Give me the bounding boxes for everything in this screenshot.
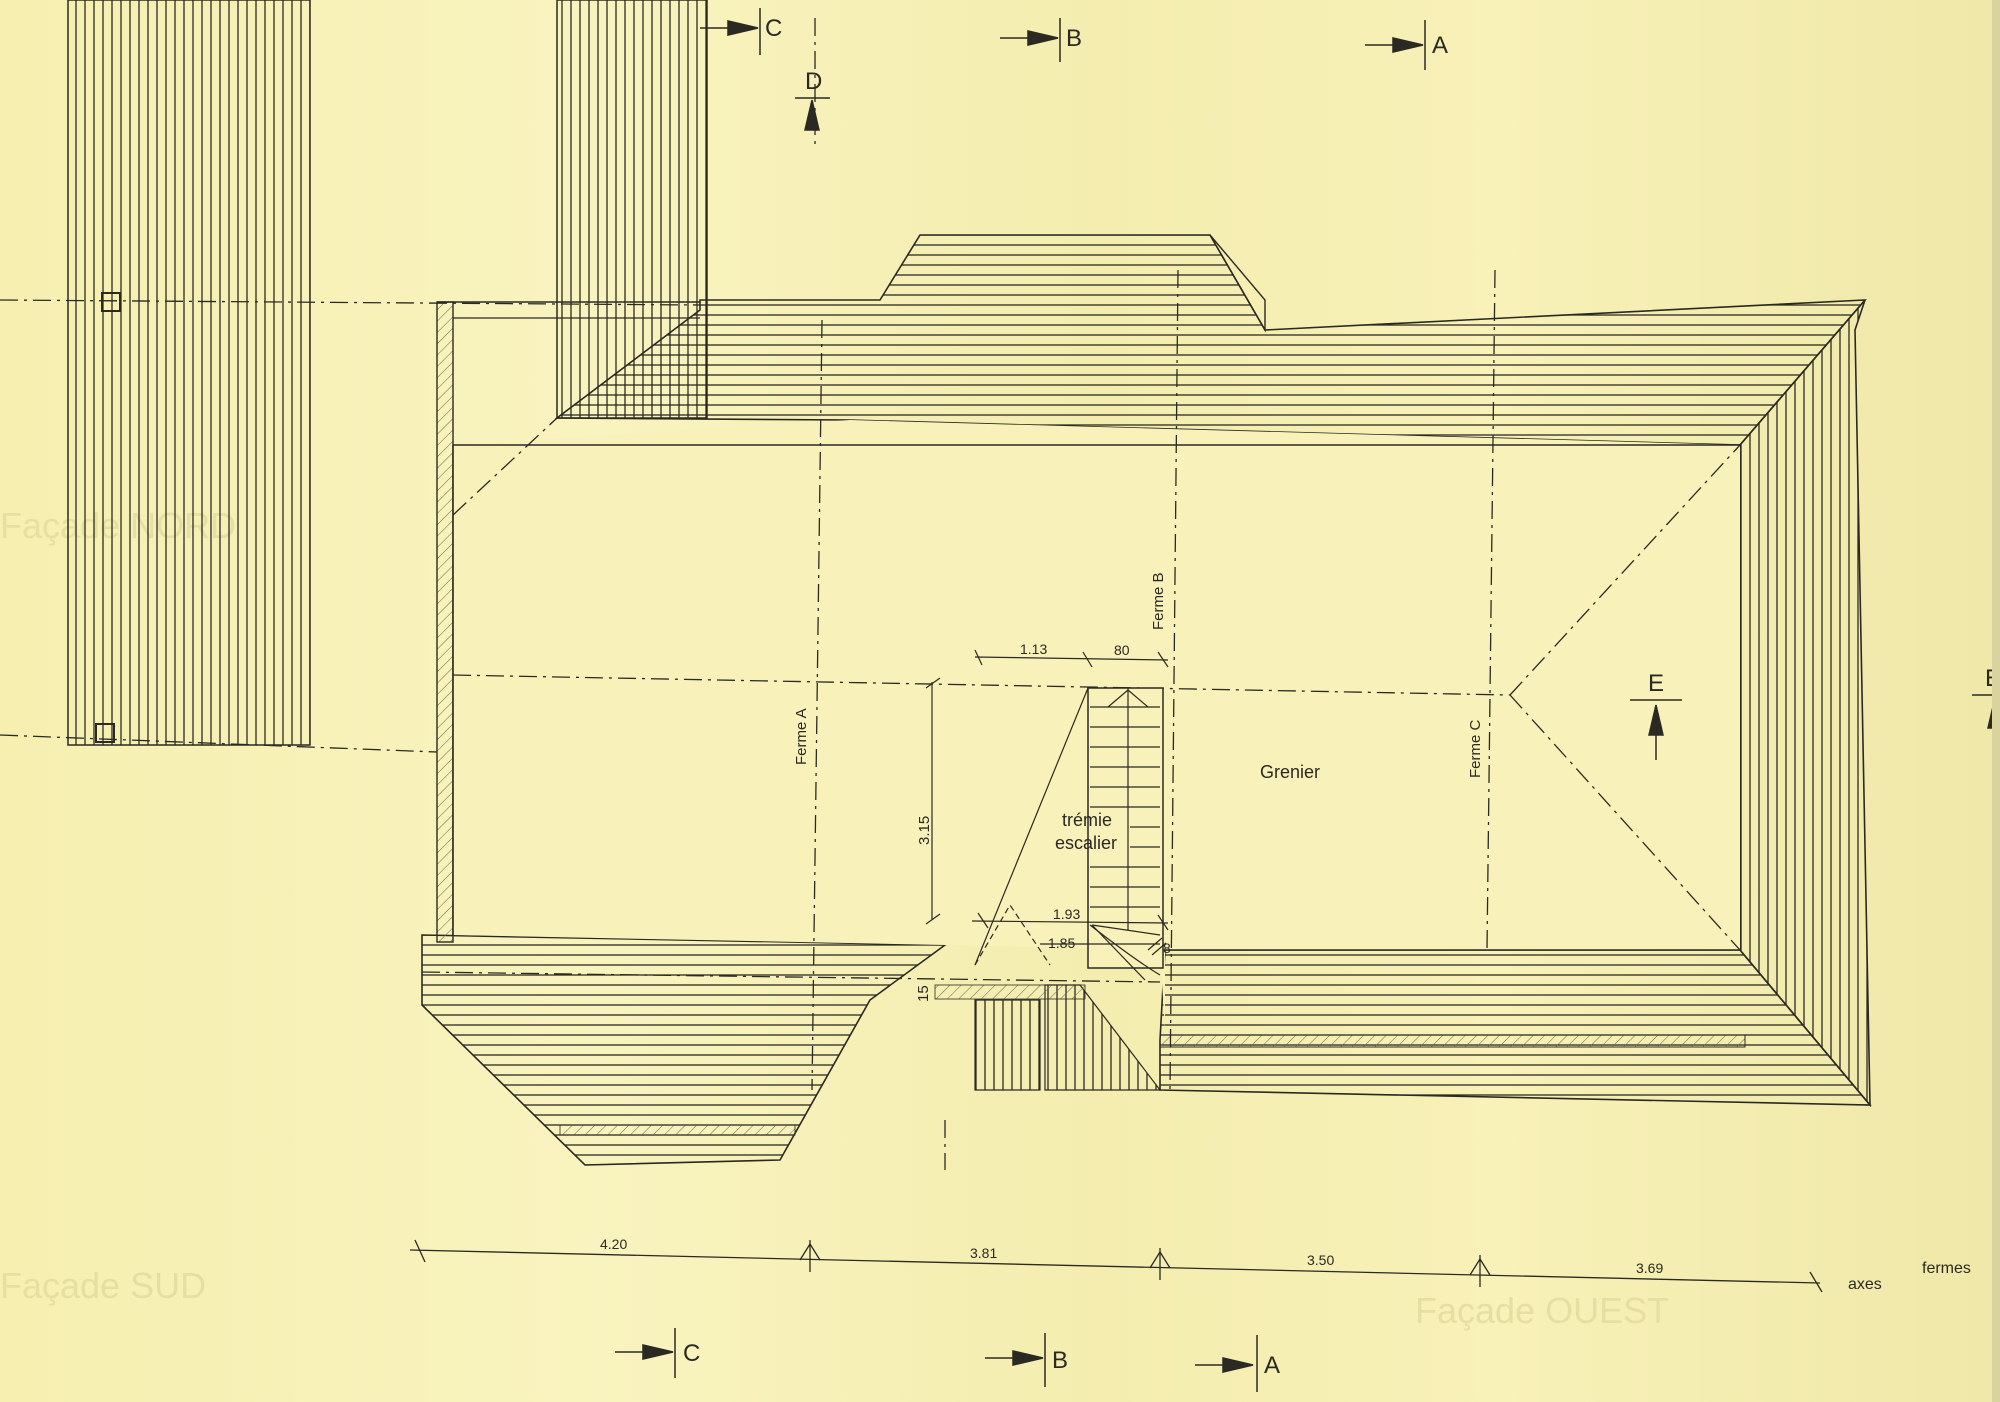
dim-stair-1-13: 1.13 bbox=[1020, 641, 1047, 657]
axis-label-ferme-c: Ferme C bbox=[1467, 720, 1484, 778]
dim-stair-15: 15 bbox=[915, 985, 932, 1002]
scan-edge bbox=[1992, 0, 2000, 1402]
dim-stair-1-93: 1.93 bbox=[1053, 906, 1080, 922]
plan-drawing bbox=[0, 0, 2000, 1402]
section-marker-a-top: A bbox=[1432, 32, 1448, 60]
drawing-sheet: Façade NORD Façade EST Façade SUD Façade… bbox=[0, 0, 2000, 1402]
roof-stair-slope bbox=[935, 985, 1160, 1090]
dim-chain-4-20: 4.20 bbox=[600, 1236, 627, 1252]
section-marker-a-bottom: A bbox=[1264, 1352, 1280, 1380]
section-marker-c-bottom: C bbox=[683, 1340, 700, 1368]
dim-stair-1-85: 1.85 bbox=[1048, 935, 1075, 951]
section-marker-b-bottom: B bbox=[1052, 1347, 1068, 1375]
dim-stair-80: 80 bbox=[1114, 642, 1130, 658]
section-marker-c-top: C bbox=[765, 15, 782, 43]
section-marker-b-top: B bbox=[1066, 25, 1082, 53]
roof-south-slope-left bbox=[422, 935, 945, 1165]
dim-stair-8: 8 bbox=[1163, 940, 1171, 956]
dim-stair-3-15: 3.15 bbox=[916, 816, 933, 845]
roof-north-slope bbox=[557, 235, 1865, 445]
dim-chain-label-fermes: fermes bbox=[1922, 1260, 1971, 1278]
room-label-grenier: Grenier bbox=[1260, 762, 1320, 783]
axis-label-ferme-b: Ferme B bbox=[1150, 572, 1167, 630]
section-marker-d: D bbox=[805, 68, 822, 96]
dim-chain-3-69: 3.69 bbox=[1636, 1260, 1663, 1276]
section-marker-e: E bbox=[1648, 670, 1664, 698]
dim-chain-3-50: 3.50 bbox=[1307, 1252, 1334, 1268]
dim-chain-label-axes: axes bbox=[1848, 1276, 1882, 1294]
left-roof-strip bbox=[68, 0, 310, 745]
stair-label-line1: trémie bbox=[1062, 810, 1112, 831]
axis-label-ferme-a: Ferme A bbox=[793, 708, 810, 765]
stair-label-line2: escalier bbox=[1055, 833, 1117, 854]
dim-chain-3-81: 3.81 bbox=[970, 1245, 997, 1261]
